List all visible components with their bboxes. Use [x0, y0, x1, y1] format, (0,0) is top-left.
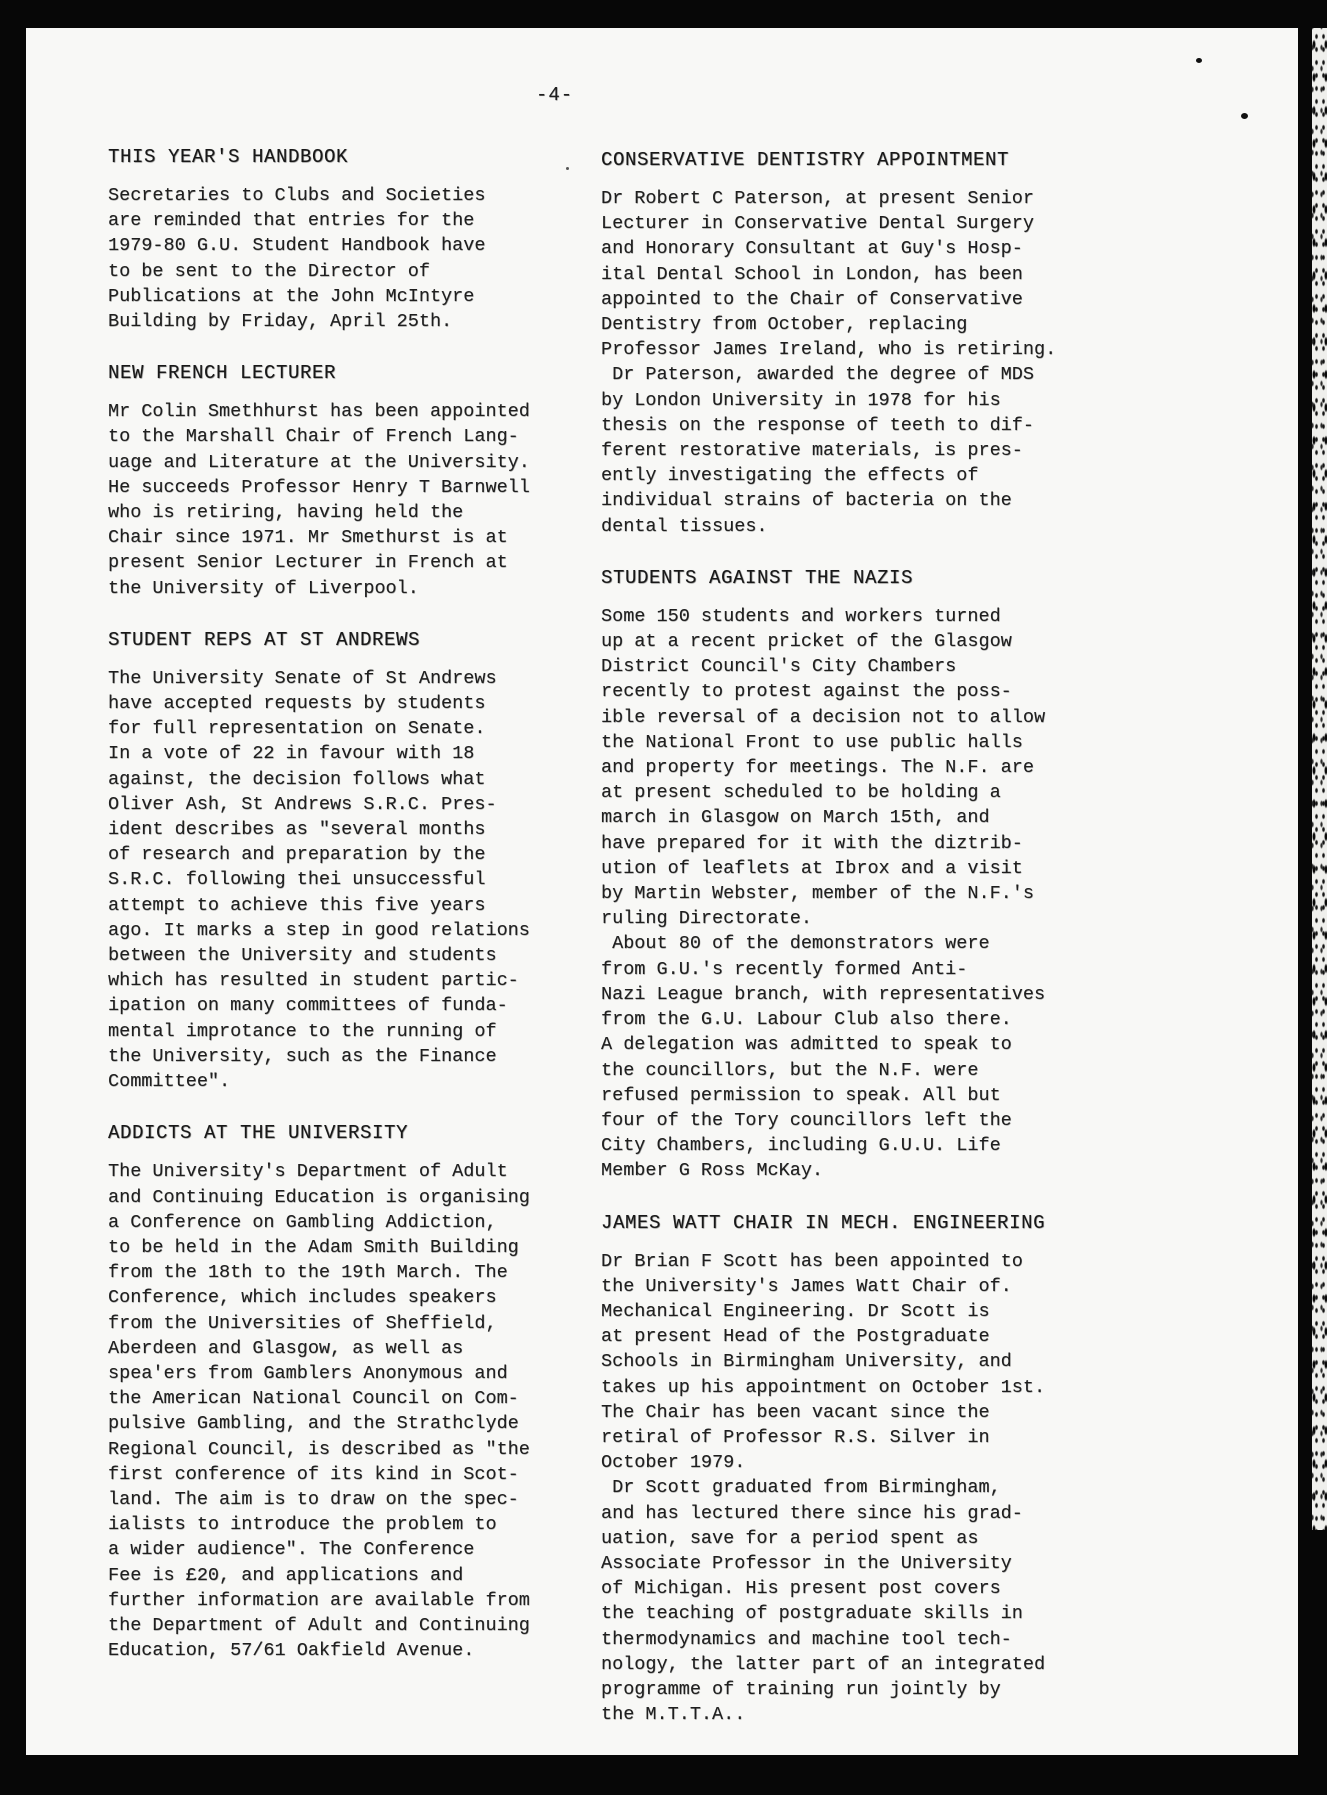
text-line: ital Dental School in London, has been	[601, 262, 1131, 287]
ink-speck	[1196, 58, 1202, 63]
article-section: JAMES WATT CHAIR IN MECH. ENGINEERINGDr …	[601, 1211, 1131, 1728]
text-line: four of the Tory councillors left the	[601, 1108, 1131, 1133]
article-section: CONSERVATIVE DENTISTRY APPOINTMENTDr Rob…	[601, 148, 1131, 539]
page-number: -4-	[536, 84, 573, 106]
text-line: October 1979.	[601, 1450, 1131, 1475]
text-line: ipation on many committees of funda-	[108, 993, 588, 1018]
text-line: up at a recent pricket of the Glasgow	[601, 629, 1131, 654]
text-line: Conference, which includes speakers	[108, 1285, 588, 1310]
text-line: The Chair has been vacant since the	[601, 1400, 1131, 1425]
text-line: Oliver Ash, St Andrews S.R.C. Pres-	[108, 792, 588, 817]
text-line: uation, save for a period spent as	[601, 1526, 1131, 1551]
text-line: to be sent to the Director of	[108, 259, 588, 284]
text-line: have prepared for it with the diztrib-	[601, 831, 1131, 856]
text-line: first conference of its kind in Scot-	[108, 1462, 588, 1487]
article-section: STUDENT REPS AT ST ANDREWSThe University…	[108, 628, 588, 1094]
text-line: for full representation on Senate.	[108, 716, 588, 741]
text-line: who is retiring, having held the	[108, 500, 588, 525]
text-line: of Michigan. His present post covers	[601, 1576, 1131, 1601]
text-line: thesis on the response of teeth to dif-	[601, 413, 1131, 438]
torn-paper-edge	[1312, 28, 1327, 1530]
text-line: Regional Council, is described as "the	[108, 1437, 588, 1462]
text-line: Committee".	[108, 1069, 588, 1094]
text-line: nology, the latter part of an integrated	[601, 1652, 1131, 1677]
text-line: Aberdeen and Glasgow, as well as	[108, 1336, 588, 1361]
section-heading: STUDENTS AGAINST THE NAZIS	[601, 566, 1131, 591]
column-right: CONSERVATIVE DENTISTRY APPOINTMENTDr Rob…	[601, 148, 1131, 1727]
text-line: Associate Professor in the University	[601, 1551, 1131, 1576]
text-line: spea'ers from Gamblers Anonymous and	[108, 1361, 588, 1386]
text-line: Chair since 1971. Mr Smethurst is at	[108, 525, 588, 550]
text-line: City Chambers, including G.U.U. Life	[601, 1133, 1131, 1158]
text-line: Nazi League branch, with representatives	[601, 982, 1131, 1007]
text-line: from the 18th to the 19th March. The	[108, 1260, 588, 1285]
text-line: the National Front to use public halls	[601, 730, 1131, 755]
text-line: Secretaries to Clubs and Societies	[108, 183, 588, 208]
text-line: of research and preparation by the	[108, 842, 588, 867]
text-line: ident describes as "several months	[108, 817, 588, 842]
text-line: ution of leaflets at Ibrox and a visit	[601, 856, 1131, 881]
scanned-document-screenshot: { "page": { "number_label": "-4-" }, "co…	[0, 0, 1327, 1795]
text-line: at present Head of the Postgraduate	[601, 1324, 1131, 1349]
text-line: which has resulted in student partic-	[108, 968, 588, 993]
text-line: 1979-80 G.U. Student Handbook have	[108, 233, 588, 258]
text-line: the teaching of postgraduate skills in	[601, 1601, 1131, 1626]
text-line: a Conference on Gambling Addiction,	[108, 1210, 588, 1235]
text-line: by Martin Webster, member of the N.F.'s	[601, 881, 1131, 906]
text-line: land. The aim is to draw on the spec-	[108, 1487, 588, 1512]
section-heading: ADDICTS AT THE UNIVERSITY	[108, 1121, 588, 1146]
text-line: from the G.U. Labour Club also there.	[601, 1007, 1131, 1032]
text-line: to be held in the Adam Smith Building	[108, 1235, 588, 1260]
text-line: About 80 of the demonstrators were	[601, 931, 1131, 956]
ink-speck	[1241, 113, 1248, 119]
text-line: A delegation was admitted to speak to	[601, 1032, 1131, 1057]
text-line: ruling Directorate.	[601, 906, 1131, 931]
text-line: programme of training run jointly by	[601, 1677, 1131, 1702]
text-line: Publications at the John McIntyre	[108, 284, 588, 309]
text-line: thermodynamics and machine tool tech-	[601, 1627, 1131, 1652]
article-section: NEW FRENCH LECTURERMr Colin Smethhurst h…	[108, 361, 588, 601]
text-line: at present scheduled to be holding a	[601, 780, 1131, 805]
column-left: THIS YEAR'S HANDBOOKSecretaries to Clubs…	[108, 145, 588, 1663]
article-section: STUDENTS AGAINST THE NAZISSome 150 stude…	[601, 566, 1131, 1184]
text-line: Building by Friday, April 25th.	[108, 309, 588, 334]
text-line: ferent restorative materials, is pres-	[601, 438, 1131, 463]
section-heading: JAMES WATT CHAIR IN MECH. ENGINEERING	[601, 1211, 1131, 1236]
text-line: have accepted requests by students	[108, 691, 588, 716]
text-line: Schools in Birmingham University, and	[601, 1349, 1131, 1374]
text-line: from G.U.'s recently formed Anti-	[601, 957, 1131, 982]
text-line: Dr Scott graduated from Birmingham,	[601, 1475, 1131, 1500]
text-line: Education, 57/61 Oakfield Avenue.	[108, 1638, 588, 1663]
text-line: and has lectured there since his grad-	[601, 1501, 1131, 1526]
text-line: Dr Robert C Paterson, at present Senior	[601, 186, 1131, 211]
text-line: Mr Colin Smethhurst has been appointed	[108, 399, 588, 424]
text-line: the University of Liverpool.	[108, 576, 588, 601]
text-line: individual strains of bacteria on the	[601, 488, 1131, 513]
text-line: from the Universities of Sheffield,	[108, 1311, 588, 1336]
text-line: The University Senate of St Andrews	[108, 666, 588, 691]
text-line: the University's James Watt Chair of.	[601, 1274, 1131, 1299]
text-line: dental tissues.	[601, 514, 1131, 539]
text-line: to the Marshall Chair of French Lang-	[108, 424, 588, 449]
text-line: the American National Council on Com-	[108, 1386, 588, 1411]
article-section: THIS YEAR'S HANDBOOKSecretaries to Clubs…	[108, 145, 588, 334]
text-line: Mechanical Engineering. Dr Scott is	[601, 1299, 1131, 1324]
text-line: uage and Literature at the University.	[108, 450, 588, 475]
text-line: between the University and students	[108, 943, 588, 968]
text-line: Lecturer in Conservative Dental Surgery	[601, 211, 1131, 236]
section-heading: CONSERVATIVE DENTISTRY APPOINTMENT	[601, 148, 1131, 173]
text-line: and Continuing Education is organising	[108, 1185, 588, 1210]
text-line: against, the decision follows what	[108, 767, 588, 792]
text-line: attempt to achieve this five years	[108, 893, 588, 918]
section-heading: STUDENT REPS AT ST ANDREWS	[108, 628, 588, 653]
text-line: ialists to introduce the problem to	[108, 1512, 588, 1537]
text-line: the Department of Adult and Continuing	[108, 1613, 588, 1638]
text-line: takes up his appointment on October 1st.	[601, 1375, 1131, 1400]
text-line: recently to protest against the poss-	[601, 679, 1131, 704]
text-line: further information are available from	[108, 1588, 588, 1613]
text-line: the councillors, but the N.F. were	[601, 1058, 1131, 1083]
text-line: refused permission to speak. All but	[601, 1083, 1131, 1108]
section-heading: NEW FRENCH LECTURER	[108, 361, 588, 386]
text-line: Member G Ross McKay.	[601, 1158, 1131, 1183]
text-line: He succeeds Professor Henry T Barnwell	[108, 475, 588, 500]
text-line: Fee is £20, and applications and	[108, 1563, 588, 1588]
text-line: In a vote of 22 in favour with 18	[108, 741, 588, 766]
scanned-page: -4- THIS YEAR'S HANDBOOKSecretaries to C…	[26, 28, 1298, 1755]
text-line: a wider audience". The Conference	[108, 1537, 588, 1562]
text-line: Dentistry from October, replacing	[601, 312, 1131, 337]
text-line: ago. It marks a step in good relations	[108, 918, 588, 943]
text-line: and Honorary Consultant at Guy's Hosp-	[601, 236, 1131, 261]
text-line: Professor James Ireland, who is retiring…	[601, 337, 1131, 362]
text-line: the M.T.T.A..	[601, 1702, 1131, 1727]
text-line: Dr Brian F Scott has been appointed to	[601, 1249, 1131, 1274]
text-line: mental improtance to the running of	[108, 1019, 588, 1044]
text-line: present Senior Lecturer in French at	[108, 550, 588, 575]
text-line: District Council's City Chambers	[601, 654, 1131, 679]
text-line: pulsive Gambling, and the Strathclyde	[108, 1411, 588, 1436]
text-line: S.R.C. following thei unsuccessful	[108, 867, 588, 892]
text-line: ently investigating the effects of	[601, 463, 1131, 488]
text-line: by London University in 1978 for his	[601, 388, 1131, 413]
text-line: are reminded that entries for the	[108, 208, 588, 233]
ink-speck	[566, 167, 569, 170]
text-line: appointed to the Chair of Conservative	[601, 287, 1131, 312]
text-line: the University, such as the Finance	[108, 1044, 588, 1069]
section-heading: THIS YEAR'S HANDBOOK	[108, 145, 588, 170]
text-line: and property for meetings. The N.F. are	[601, 755, 1131, 780]
text-line: march in Glasgow on March 15th, and	[601, 805, 1131, 830]
text-line: retiral of Professor R.S. Silver in	[601, 1425, 1131, 1450]
text-line: Dr Paterson, awarded the degree of MDS	[601, 362, 1131, 387]
text-line: ible reversal of a decision not to allow	[601, 705, 1131, 730]
text-line: Some 150 students and workers turned	[601, 604, 1131, 629]
article-section: ADDICTS AT THE UNIVERSITYThe University'…	[108, 1121, 588, 1663]
text-line: The University's Department of Adult	[108, 1159, 588, 1184]
